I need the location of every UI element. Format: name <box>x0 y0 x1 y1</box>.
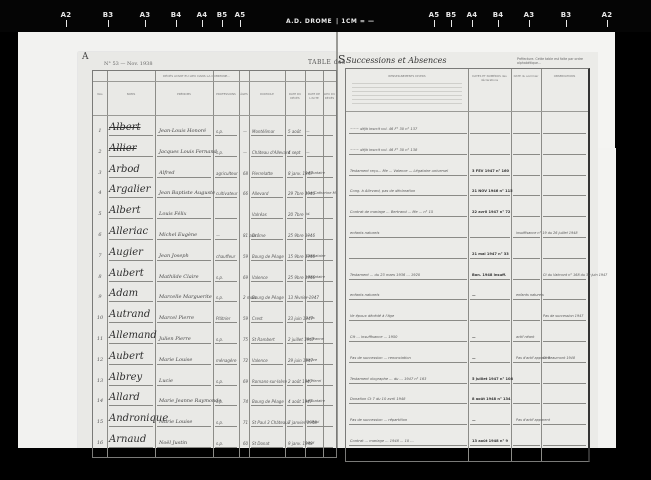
marital-status: Ve Paul <box>306 420 319 424</box>
entry-underline <box>513 175 540 176</box>
entry-underline <box>157 197 211 198</box>
entry-underline <box>349 424 467 425</box>
entry-underline <box>109 260 153 261</box>
calibration-tick <box>472 20 473 27</box>
entry-underline <box>349 216 467 217</box>
entry-underline <box>287 177 303 178</box>
death-date: 20 7bre <box>288 212 304 217</box>
calibration-mark-right-a2: A2 <box>602 11 613 19</box>
domicile: Valréas <box>252 212 267 217</box>
calibration-mark-left-b3: B3 <box>103 11 114 19</box>
marital-status: Ve Henri <box>306 379 321 383</box>
profession: s.p. <box>216 150 223 155</box>
entry-underline <box>543 299 586 300</box>
title-right: Successions et Absences <box>346 56 446 65</box>
declaration-ref: 21 NOV 1946 n° 115 <box>472 189 513 193</box>
death-date: 13 février 1947 <box>288 295 319 300</box>
entry-underline <box>287 281 303 282</box>
entry-underline <box>157 343 211 344</box>
entry-underline <box>157 218 211 219</box>
row-number: 3 <box>94 170 106 176</box>
entry-underline <box>215 135 237 136</box>
calibration-mark-right-b5: B5 <box>446 11 457 19</box>
given-names: Mathilde Claire <box>159 274 199 280</box>
declaration-ref: 21 mai 1947 n° 33 <box>472 252 509 256</box>
age: 69 <box>243 379 248 384</box>
entry-underline <box>543 195 586 196</box>
entry-underline <box>157 426 211 427</box>
register-row: 3ArbodAlfredagriculteur68Pierrelatte8 ja… <box>93 163 336 182</box>
remarks: Testament ... du 23 mars 1936 ... 1920 <box>350 273 420 277</box>
entry-underline <box>513 237 540 238</box>
entry-underline <box>543 258 586 259</box>
register-row: Testament olographe ... du ... 1947 n° 1… <box>346 371 588 390</box>
declaration-ref: — <box>472 335 476 339</box>
row-number: 11 <box>94 336 106 342</box>
marital-status: Vve Catherine M. <box>306 191 337 195</box>
calibration-tick <box>145 20 146 27</box>
fine-print <box>352 83 462 84</box>
entry-underline <box>109 385 153 386</box>
marital-status: 1 fils <box>306 316 315 320</box>
calibration-tick <box>434 20 435 27</box>
domicile: Bourg de Péage <box>252 295 284 300</box>
entry-underline <box>349 237 467 238</box>
register-row: 4ArgalierJean Baptiste Augustecultivateu… <box>93 183 336 202</box>
calibration-mark-left-a3: A3 <box>140 11 151 19</box>
given-names: Michel Eugène <box>159 232 197 238</box>
calibration-tick <box>451 20 452 27</box>
entry-underline <box>349 362 467 363</box>
entry-underline <box>513 424 540 425</box>
entry-underline <box>307 447 333 448</box>
surname: Allier <box>109 143 137 154</box>
register-row: 1AlbertJean-Louis Honorés.p.—Montélimar5… <box>93 121 336 140</box>
entry-underline <box>470 175 510 176</box>
entry-underline <box>543 320 586 321</box>
entry-underline <box>513 299 540 300</box>
entry-underline <box>215 177 237 178</box>
row-number: 8 <box>94 274 106 280</box>
entry-underline <box>215 260 237 261</box>
surname: Arnaud <box>109 434 146 445</box>
given-names: Jean Joseph <box>159 253 189 259</box>
entry-underline <box>215 364 237 365</box>
entry-underline <box>157 447 211 448</box>
entry-underline <box>307 177 333 178</box>
entry-underline <box>109 405 153 406</box>
entry-underline <box>157 405 211 406</box>
surname: Albert <box>109 122 141 133</box>
entry-underline <box>349 341 467 342</box>
marital-status: Célibataire <box>306 254 326 258</box>
entry-underline <box>307 239 333 240</box>
register-row: Pas de succession ... renonciation—Pas d… <box>346 350 588 369</box>
entry-underline <box>251 301 283 302</box>
entry-underline <box>287 156 303 157</box>
row-number: 16 <box>94 440 106 446</box>
entry-underline <box>513 195 540 196</box>
marital-status: — <box>306 295 310 299</box>
column-header: DOMICILE <box>249 93 285 97</box>
calibration-mark-left-a4: A4 <box>197 11 208 19</box>
register-row: Donation Ct 7 du 10 avril 19488 août 194… <box>346 391 588 410</box>
entry-underline <box>109 135 153 136</box>
register-table-right: RENSEIGNEMENTS DIVERSDATES ET NUMÉROS de… <box>345 68 590 462</box>
profession: chauffeur <box>216 254 235 259</box>
entry-underline <box>513 341 540 342</box>
remarks: Ctt ... insuffisance ... 1950 <box>350 335 397 339</box>
entry-underline <box>513 445 540 446</box>
profession: s.p. <box>216 379 223 384</box>
domicile: St Donat <box>252 441 269 446</box>
entry-underline <box>109 426 153 427</box>
remarks: Contrat de mariage ... Bertrand ... Me .… <box>350 210 433 214</box>
register-row: Contrat de mariage ... Bertrand ... Me .… <box>346 204 588 223</box>
remarks: Ve époux décédé à l'âge <box>350 314 394 318</box>
entry-underline <box>349 320 467 321</box>
sommier-date: enfants naturels <box>516 293 544 297</box>
given-names: Marie Jeanne Raymonde <box>159 398 221 404</box>
register-row: ~~~ déjà inscrit vol. 46 F° 30 n° 138 <box>346 142 588 161</box>
entry-underline <box>251 197 283 198</box>
entry-underline <box>470 195 510 196</box>
entry-underline <box>287 260 303 261</box>
calibration-tick <box>176 20 177 27</box>
entry-underline <box>470 299 510 300</box>
register-row: 15AndroniqueMarie Louises.p.71St Paul 3 … <box>93 412 336 431</box>
given-names: Jacques Louis Fernand <box>159 149 217 155</box>
profession: agriculteur <box>216 171 238 176</box>
register-row: 12AubertMarie Louiseménagère72Valence29 … <box>93 350 336 369</box>
register-row: 10AutrandMarcel PierrePlâtrier59Crest23 … <box>93 308 336 327</box>
given-names: Marie Louise <box>159 419 192 425</box>
domicile: Drôme <box>252 233 266 238</box>
remarks: Cong. à Allevard, pas de déclaration <box>350 189 415 193</box>
fine-print <box>352 87 462 88</box>
register-row: 5AlbertLouis FélixValréas20 7breid. <box>93 204 336 223</box>
remarks: Pas de succession ... renonciation <box>350 356 411 360</box>
column-header: ÂGES <box>239 93 249 97</box>
row-number: 12 <box>94 357 106 363</box>
calibration-tick <box>240 20 241 27</box>
column-header: DATE DU DÉCÈS <box>285 93 305 100</box>
observations: Pas de succession 1947 <box>543 314 583 318</box>
fine-print <box>352 103 462 104</box>
fine-print <box>352 95 462 96</box>
profession: s.p. <box>216 337 223 342</box>
entry-underline <box>109 301 153 302</box>
register-row: 16ArnaudNoël Justins.p.60St Donat9 janv.… <box>93 433 336 452</box>
death-date: 25 9bre 1946 <box>288 233 315 238</box>
profession: Plâtrier <box>216 316 230 321</box>
entry-underline <box>287 364 303 365</box>
entry-underline <box>109 281 153 282</box>
entry-underline <box>543 424 586 425</box>
entry-underline <box>287 385 303 386</box>
register-row: Testament ... du 23 mars 1936 ... 1920Bo… <box>346 267 588 286</box>
calibration-mark-right-b4: B4 <box>493 11 504 19</box>
entry-underline <box>109 364 153 365</box>
given-names: Lucie <box>159 378 173 384</box>
entry-underline <box>109 447 153 448</box>
entry-underline <box>251 177 283 178</box>
entry-underline <box>287 239 303 240</box>
domicile: Valence <box>252 275 268 280</box>
profession: s.p. <box>216 441 223 446</box>
domicile: Romans-sur-Isère <box>252 379 287 384</box>
domicile: Valence <box>252 358 268 363</box>
calibration-tick <box>607 20 608 27</box>
top-note: Préfecture. Cette table est faite par or… <box>517 57 595 65</box>
calibration-tick <box>66 20 67 27</box>
super-header: DÉCÈS AYANT EU LIEU DANS LA COMMUNE... <box>163 74 230 78</box>
domicile: St Rambert <box>252 337 275 342</box>
entry-underline <box>513 320 540 321</box>
entry-underline <box>215 447 237 448</box>
calibration-mark-left-b4: B4 <box>171 11 182 19</box>
calibration-mark-left-a5: A5 <box>235 11 246 19</box>
entry-underline <box>287 135 303 136</box>
register-row: 14AllardMarie Jeanne Raymondes.p.74Bourg… <box>93 391 336 410</box>
surname: Allemand <box>109 330 157 341</box>
death-date: 5 août <box>288 129 301 134</box>
entry-underline <box>157 135 211 136</box>
column-header: LIEU DU DÉCÈS <box>323 93 336 100</box>
entry-underline <box>109 177 153 178</box>
observations: Ct du Valmont n° 168 du 30 juin 1947 <box>543 273 607 277</box>
entry-underline <box>307 197 333 198</box>
entry-underline <box>251 364 283 365</box>
row-number: 9 <box>94 294 106 300</box>
entry-underline <box>470 154 510 155</box>
entry-underline <box>349 403 467 404</box>
register-row: 21 mai 1947 n° 33 <box>346 246 588 265</box>
row-number: 6 <box>94 232 106 238</box>
entry-underline <box>349 195 467 196</box>
entry-underline <box>349 258 467 259</box>
entry-underline <box>470 258 510 259</box>
sommier-date: insuffisance n° 19 du 26 juillet 1948 <box>516 231 578 235</box>
register-row: Cong. à Allevard, pas de déclaration21 N… <box>346 183 588 202</box>
given-names: Louis Félix <box>159 211 186 217</box>
register-row: Testament reçu... Me ... Valence — Légat… <box>346 163 588 182</box>
surname: Argalier <box>109 184 150 195</box>
surname: Allard <box>109 392 140 403</box>
entry-underline <box>307 322 333 323</box>
entry-underline <box>543 237 586 238</box>
entry-underline <box>513 216 540 217</box>
entry-underline <box>543 362 586 363</box>
given-names: Marcel Pierre <box>159 315 194 321</box>
domicile: St Paul 3 Châteaux <box>252 420 290 425</box>
entry-underline <box>513 279 540 280</box>
remarks: ~~~ déjà inscrit vol. 46 F° 30 n° 137 <box>350 127 417 131</box>
column-header: DATES ET NUMÉROS des déclarations <box>468 75 511 82</box>
remarks: Donation Ct 7 du 10 avril 1948 <box>350 397 405 401</box>
profession: s.p. <box>216 295 223 300</box>
entry-underline <box>349 445 467 446</box>
age: 68 <box>243 171 248 176</box>
entry-underline <box>307 426 333 427</box>
observations: Ct Beaumont 1948 <box>543 356 575 360</box>
entry-underline <box>307 156 333 157</box>
surname: Arbod <box>109 164 140 175</box>
domicile: Montélimar <box>252 129 275 134</box>
entry-underline <box>543 133 586 134</box>
entry-underline <box>543 403 586 404</box>
age: 69 <box>243 275 248 280</box>
entry-underline <box>215 197 237 198</box>
calibration-mark-right-b3: B3 <box>561 11 572 19</box>
entry-underline <box>251 405 283 406</box>
entry-underline <box>215 301 237 302</box>
remarks: ~~~ déjà inscrit vol. 46 F° 30 n° 138 <box>350 148 417 152</box>
row-number: 13 <box>94 378 106 384</box>
entry-underline <box>287 447 303 448</box>
entry-underline <box>349 299 467 300</box>
marital-status: célibataire <box>306 171 325 175</box>
entry-underline <box>543 154 586 155</box>
entry-underline <box>543 175 586 176</box>
register-row: enfants naturelsinsuffisance n° 19 du 26… <box>346 225 588 244</box>
row-number: 4 <box>94 190 106 196</box>
entry-underline <box>513 154 540 155</box>
entry-underline <box>157 281 211 282</box>
given-names: Marie Louise <box>159 357 192 363</box>
entry-underline <box>470 133 510 134</box>
register-row: 2AllierJacques Louis Fernands.p.—Château… <box>93 142 336 161</box>
profession: s.p. <box>216 129 223 134</box>
declaration-ref: 22 avril 1947 n° 72 <box>472 210 510 214</box>
entry-underline <box>349 383 467 384</box>
calibration-mark-right-a3: A3 <box>524 11 535 19</box>
remarks: Pas de succession ... répartition <box>350 418 407 422</box>
entry-underline <box>470 383 510 384</box>
entry-underline <box>109 197 153 198</box>
entry-underline <box>157 156 211 157</box>
entry-underline <box>470 320 510 321</box>
archive-label: A.D. DROME <box>286 18 332 25</box>
domicile: Pierrelatte <box>252 171 273 176</box>
entry-underline <box>307 385 333 386</box>
given-names: Jean Baptiste Auguste <box>159 190 215 196</box>
entry-underline <box>287 426 303 427</box>
surname: Augier <box>109 247 143 258</box>
entry-underline <box>157 385 211 386</box>
row-number: 7 <box>94 253 106 259</box>
entry-underline <box>109 156 153 157</box>
entry-underline <box>349 133 467 134</box>
calibration-tick <box>202 20 203 27</box>
calibration-mark-left-b5: B5 <box>217 11 228 19</box>
entry-underline <box>215 385 237 386</box>
entry-underline <box>215 239 237 240</box>
entry-underline <box>470 403 510 404</box>
age: — <box>243 150 247 155</box>
calibration-tick <box>222 20 223 27</box>
sommier-date: Pas d'actif apparent <box>516 418 550 422</box>
sheet-number: N° 53 — Nov. 1938 <box>104 61 153 67</box>
corner-letter: A <box>82 52 89 62</box>
entry-underline <box>470 216 510 217</box>
entry-underline <box>543 383 586 384</box>
sommier-date: actif néant <box>516 335 534 339</box>
register-row: 11AllemandJulien Pierres.p.75St Rambert2… <box>93 329 336 348</box>
row-number: 14 <box>94 398 106 404</box>
profession: ménagère <box>216 358 236 363</box>
entry-underline <box>349 154 467 155</box>
entry-underline <box>251 322 283 323</box>
given-names: Alfred <box>159 170 175 176</box>
register-row: 7AugierJean Josephchauffeur59Bourg de Pé… <box>93 246 336 265</box>
remarks: Testament olographe ... du ... 1947 n° 1… <box>350 377 426 381</box>
calibration-mark-right-a5: A5 <box>429 11 440 19</box>
domicile: Crest <box>252 316 263 321</box>
entry-underline <box>307 260 333 261</box>
register-row: enfants naturels—enfants naturels <box>346 287 588 306</box>
header-rule <box>93 115 336 116</box>
entry-underline <box>543 279 586 280</box>
column-header: NOMS <box>107 93 155 97</box>
entry-underline <box>157 239 211 240</box>
surname: Albert <box>109 205 141 216</box>
entry-underline <box>543 341 586 342</box>
register-row: Ctt ... insuffisance ... 1950—actif néan… <box>346 329 588 348</box>
given-names: Jean-Louis Honoré <box>159 128 206 134</box>
entry-underline <box>109 218 153 219</box>
register-row: Ve époux décédé à l'âgePas de succession… <box>346 308 588 327</box>
entry-underline <box>215 218 237 219</box>
register-row: 6AlleriacMichel Eugène—81 ansDrôme25 9br… <box>93 225 336 244</box>
remarks: Testament reçu... Me ... Valence — Légat… <box>350 169 448 173</box>
column-header: Nos <box>93 93 107 97</box>
entry-underline <box>470 445 510 446</box>
age: 60 <box>243 441 248 446</box>
marital-status: — <box>306 150 310 154</box>
calibration-mark-right-a4: A4 <box>467 11 478 19</box>
entry-underline <box>215 156 237 157</box>
declaration-ref: 8 août 1948 n° 134 <box>472 397 511 401</box>
register-row: 9AdamMarcelle Marguerites.p.2 moisBourg … <box>93 287 336 306</box>
scale-label: | 1CM = — <box>336 18 375 25</box>
row-number: 5 <box>94 211 106 217</box>
entry-underline <box>251 218 283 219</box>
row-number: 15 <box>94 419 106 425</box>
calibration-strip: A2B3A3B4A4B5A5A5B5A4B4A3B3A2A.D. DROME| … <box>0 0 651 32</box>
entry-underline <box>513 258 540 259</box>
age: 59 <box>243 316 248 321</box>
entry-underline <box>287 301 303 302</box>
surname: Autrand <box>109 309 150 320</box>
marital-status: — <box>306 233 310 237</box>
entry-underline <box>109 343 153 344</box>
domicile: Allevard <box>252 191 268 196</box>
entry-underline <box>157 177 211 178</box>
column-header: DATE DE L'ACTE <box>305 93 323 100</box>
entry-underline <box>470 237 510 238</box>
entry-underline <box>109 239 153 240</box>
calibration-tick <box>498 20 499 27</box>
row-number: 1 <box>94 128 106 134</box>
entry-underline <box>251 281 283 282</box>
entry-underline <box>307 135 333 136</box>
age: — <box>243 129 247 134</box>
entry-underline <box>470 362 510 363</box>
row-number: 2 <box>94 149 106 155</box>
marital-status: Veuf <box>306 441 314 445</box>
entry-underline <box>157 364 211 365</box>
